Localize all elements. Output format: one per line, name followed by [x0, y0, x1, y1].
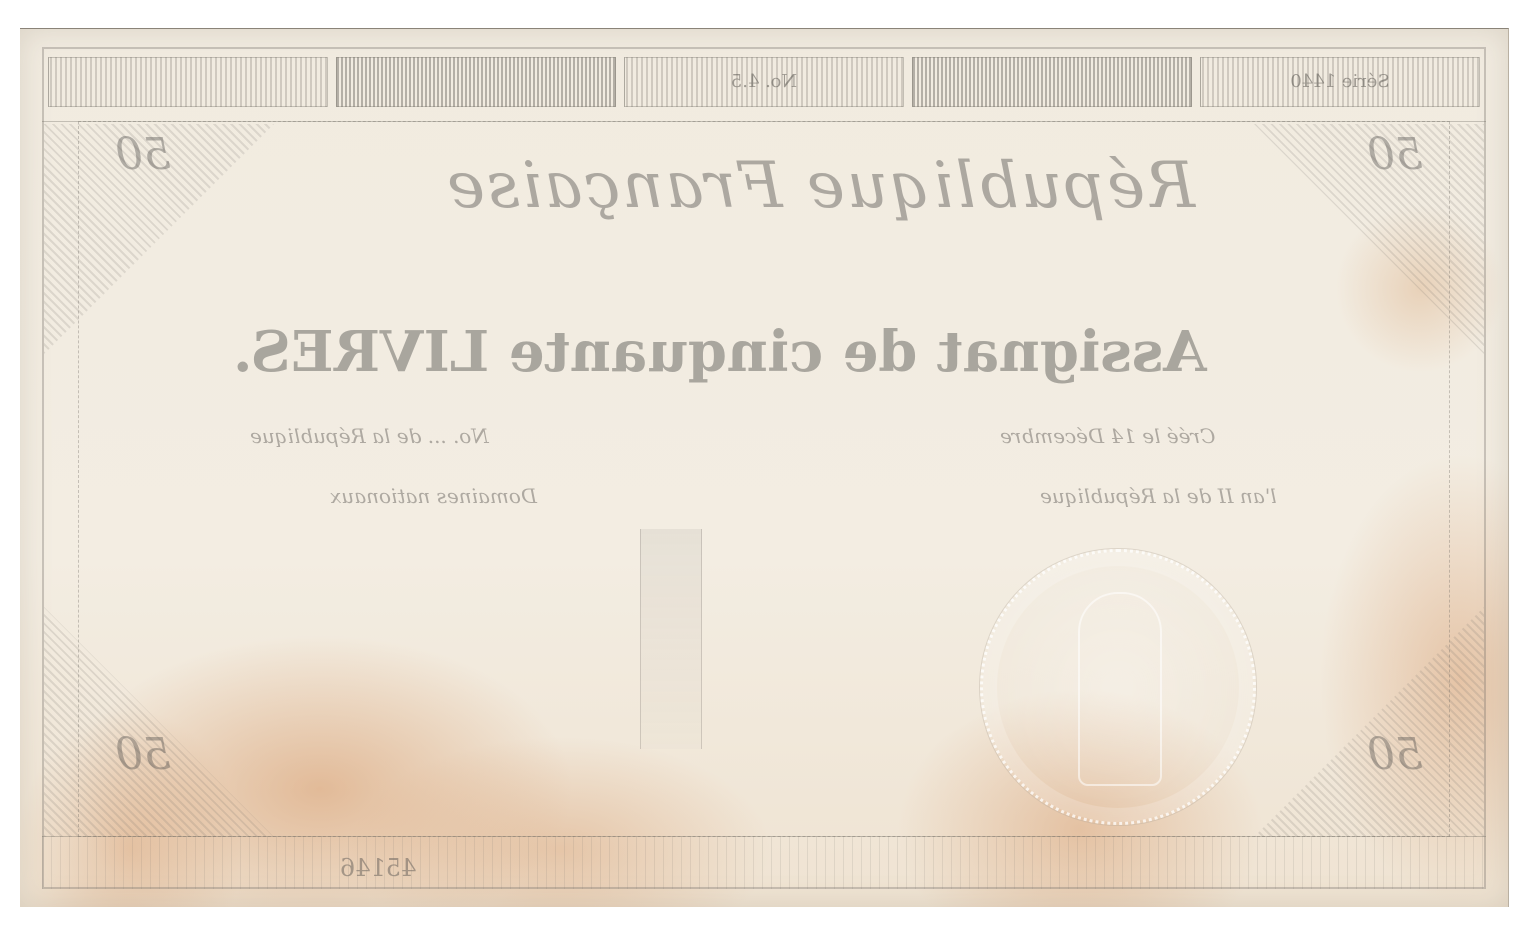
corner-value-bottom-right: 50 — [1367, 729, 1423, 780]
header-script-text: République Française — [320, 149, 1320, 223]
top-band-cell-left-center — [336, 57, 616, 107]
top-band-cell-center: No. 4.5 — [624, 57, 904, 107]
corner-value-top-left: 50 — [115, 129, 171, 180]
top-band-cell-left — [48, 57, 328, 107]
left-line-2: Domaines nationaux — [330, 484, 537, 508]
top-band-cell-right-center — [912, 57, 1192, 107]
top-band-cell-right: Série 1440 — [1200, 57, 1480, 107]
right-line-1: Créé le 14 Décembre — [1000, 424, 1215, 448]
top-band: No. 4.5 Série 1440 — [42, 47, 1486, 121]
embossed-seal-icon — [980, 549, 1256, 825]
bottom-band — [42, 836, 1486, 889]
left-line-1: No. ... de la République — [250, 424, 489, 448]
right-line-2: l'an II de la République — [1040, 484, 1277, 508]
seal-figure — [1078, 592, 1162, 786]
watermark-figure — [640, 529, 702, 749]
denomination-text: Assignat de cinquante LIVRES. — [120, 319, 1320, 385]
fold-crease — [42, 121, 1486, 122]
corner-value-bottom-left: 50 — [115, 729, 171, 780]
banknote-paper: No. 4.5 Série 1440 50 50 50 50 Républiqu… — [20, 28, 1509, 907]
corner-value-top-right: 50 — [1367, 129, 1423, 180]
